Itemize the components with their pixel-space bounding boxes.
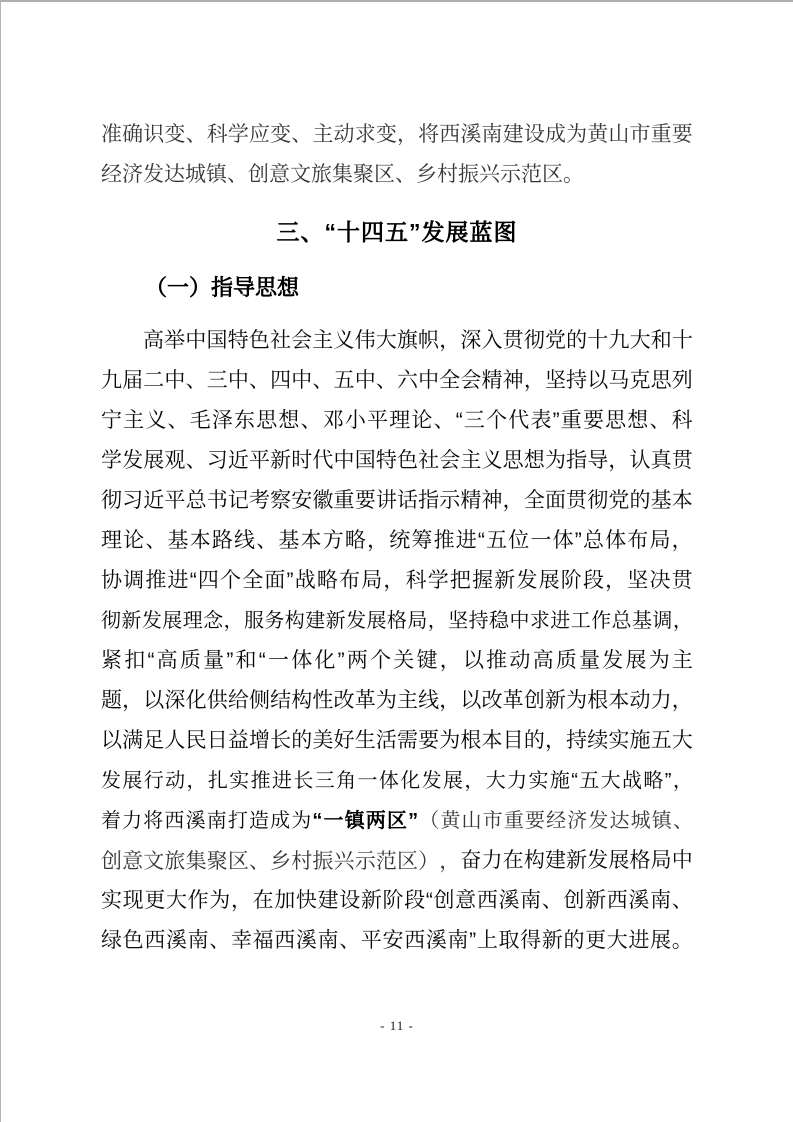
character: 给 — [228, 681, 249, 721]
character: 角 — [336, 761, 356, 801]
character: 高 — [143, 321, 164, 361]
character: 集 — [186, 841, 207, 881]
text-line: 协调推进“四个全面”战略布局，科学把握新发展阶段，坚决贯 — [101, 561, 693, 601]
character: 足 — [143, 721, 164, 761]
character: 认 — [630, 441, 651, 481]
character: ” — [408, 801, 418, 841]
character: 准 — [101, 114, 122, 154]
character: 侧 — [249, 681, 270, 721]
character: 溪 — [628, 881, 649, 921]
character: 将 — [143, 801, 163, 841]
character: 决 — [649, 561, 670, 601]
character: 、 — [542, 881, 563, 921]
character: ， — [673, 601, 693, 641]
character: 推 — [486, 641, 507, 681]
character: 更 — [144, 881, 165, 921]
character: “ — [312, 801, 322, 841]
character: 主 — [460, 441, 481, 481]
character: 格 — [630, 841, 651, 881]
character: ， — [608, 441, 629, 481]
character: 主 — [312, 321, 333, 361]
character: 山 — [608, 114, 629, 154]
character: 六 — [397, 361, 418, 401]
character: 区 — [228, 841, 249, 881]
character: 展 — [366, 601, 386, 641]
character: 质 — [556, 641, 577, 681]
character: 建 — [318, 881, 339, 921]
character: 溪 — [166, 921, 187, 961]
character: 增 — [249, 721, 270, 761]
character: 科 — [672, 401, 693, 441]
character: 稳 — [489, 601, 509, 641]
character: 经 — [546, 801, 566, 841]
character: 、 — [209, 921, 230, 961]
character: 中 — [185, 321, 206, 361]
character: 、 — [434, 401, 455, 441]
character: 念 — [203, 601, 223, 641]
character: 新 — [566, 841, 587, 881]
character: 深 — [460, 321, 481, 361]
character: 求 — [530, 601, 550, 641]
character: 变 — [376, 114, 397, 154]
character: 发 — [101, 761, 121, 801]
character: 一 — [324, 801, 344, 841]
character: 新 — [585, 881, 606, 921]
character: 五 — [579, 761, 599, 801]
character: 展 — [162, 601, 182, 641]
character: 人 — [164, 721, 185, 761]
character: 市 — [483, 801, 503, 841]
character: 根 — [460, 721, 481, 761]
character: 区 — [387, 801, 407, 841]
character: 展 — [625, 641, 646, 681]
character: 马 — [608, 361, 629, 401]
character: 需 — [397, 721, 418, 761]
character: 要 — [583, 401, 604, 441]
character: 握 — [472, 561, 493, 601]
character: 应 — [249, 114, 270, 154]
character: 示 — [355, 841, 376, 881]
character: 届 — [122, 361, 143, 401]
character: 实 — [101, 881, 122, 921]
character: 段 — [583, 561, 604, 601]
character: 习 — [122, 481, 143, 521]
text-line: 彻新发展理念，服务构建新发展格局，坚持稳中求进工作总基调， — [101, 601, 693, 641]
character: 市 — [630, 114, 651, 154]
character: 思 — [605, 401, 626, 441]
character: ， — [383, 561, 404, 601]
character: 民 — [186, 721, 207, 761]
character: 四 — [198, 561, 219, 601]
character: 满 — [122, 721, 143, 761]
character: 造 — [249, 801, 269, 841]
character: 精 — [482, 361, 503, 401]
character: 革 — [503, 681, 524, 721]
character: 长 — [293, 761, 313, 801]
character: ， — [439, 681, 460, 721]
character: 活 — [376, 721, 397, 761]
character: 理 — [389, 401, 410, 441]
character: ） — [418, 841, 439, 881]
character: 取 — [498, 921, 519, 961]
text-line: 着力将西溪南打造成为“一镇两区”（黄山市重要经济发达城镇、 — [101, 801, 693, 841]
character: 益 — [228, 721, 249, 761]
character: 作 — [591, 601, 611, 641]
character: 动 — [334, 114, 355, 154]
character: 面 — [264, 561, 285, 601]
character: 要 — [525, 801, 545, 841]
character: 基 — [632, 601, 652, 641]
text-line: 理论、基本路线、基本方略，统筹推进“五位一体”总体布局， — [101, 521, 693, 561]
character: 总 — [186, 481, 207, 521]
character: 展 — [539, 561, 560, 601]
character: 论 — [123, 521, 144, 561]
character: 局 — [407, 601, 427, 641]
character: 打 — [228, 801, 248, 841]
character: 近 — [143, 481, 164, 521]
character: 发 — [516, 561, 537, 601]
character: 革 — [355, 681, 376, 721]
character: 生 — [355, 721, 376, 761]
character: ， — [672, 681, 693, 721]
character: ， — [673, 761, 693, 801]
character: 大 — [486, 761, 506, 801]
character: 新 — [494, 561, 515, 601]
character: 建 — [545, 841, 566, 881]
character: 本 — [482, 721, 503, 761]
character: 小 — [345, 401, 366, 441]
character: 总 — [612, 601, 632, 641]
character: “ — [478, 521, 485, 561]
character: 新 — [542, 921, 563, 961]
character: 化 — [186, 681, 207, 721]
text-line: 经济发达城镇、创意文旅集聚区、乡村振兴示范区。 — [101, 154, 693, 194]
character: ， — [397, 114, 418, 154]
character: 战 — [295, 561, 316, 601]
character: 构 — [524, 841, 545, 881]
character: 安 — [291, 481, 312, 521]
character: 中 — [509, 601, 529, 641]
character: 力 — [507, 761, 527, 801]
character: 。 — [672, 921, 693, 961]
character: 二 — [143, 361, 164, 401]
character: 平 — [367, 401, 388, 441]
character: 真 — [651, 441, 672, 481]
character: ， — [464, 761, 484, 801]
character: 色 — [249, 321, 270, 361]
character: 五 — [334, 361, 355, 401]
character: 深 — [164, 681, 185, 721]
character: 想 — [627, 401, 648, 441]
character: 幸 — [231, 921, 252, 961]
character: 实 — [529, 761, 549, 801]
character: 示 — [439, 481, 460, 521]
character: 续 — [587, 721, 608, 761]
character: 南 — [188, 921, 209, 961]
character: 色 — [397, 441, 418, 481]
character: 九 — [608, 321, 629, 361]
character: 义 — [145, 401, 166, 441]
character: 中 — [355, 361, 376, 401]
character: 展 — [650, 921, 671, 961]
character: 本 — [301, 521, 322, 561]
character: 五 — [486, 521, 507, 561]
character: ， — [545, 721, 566, 761]
character: 本 — [608, 681, 629, 721]
text-line: 高举中国特色社会主义伟大旗帜，深入贯彻党的十九大和十 — [101, 321, 693, 361]
character: 段 — [404, 881, 425, 921]
character: 的 — [630, 481, 651, 521]
character: 新 — [270, 441, 291, 481]
character: ， — [672, 521, 693, 561]
character: 快 — [296, 881, 317, 921]
subsection-heading: （一）指导思想 — [101, 268, 693, 308]
character: 举 — [164, 321, 185, 361]
character: 宁 — [101, 401, 122, 441]
character: 实 — [229, 761, 249, 801]
character: 行 — [144, 761, 164, 801]
character: 大 — [672, 721, 693, 761]
character: 推 — [434, 521, 455, 561]
character: ， — [187, 761, 207, 801]
character: 动 — [509, 641, 530, 681]
character: 兴 — [334, 841, 355, 881]
character: 布 — [339, 561, 360, 601]
character: 彻 — [101, 601, 121, 641]
character: 进 — [628, 921, 649, 961]
character: 神 — [482, 481, 503, 521]
text-line: 学发展观、习近平新时代中国特色社会主义思想为指导，认真贯 — [101, 441, 693, 481]
character: 量 — [579, 641, 600, 681]
character: 平 — [249, 441, 270, 481]
character: 西 — [404, 921, 425, 961]
character: 总 — [583, 521, 604, 561]
character: 南 — [448, 921, 469, 961]
character: 九 — [101, 361, 122, 401]
character: 溪 — [296, 921, 317, 961]
character: 为 — [566, 681, 587, 721]
character: ， — [122, 681, 143, 721]
character: 展 — [143, 441, 164, 481]
character: 大 — [166, 881, 187, 921]
character: 目 — [503, 721, 524, 761]
character: 会 — [439, 441, 460, 481]
character: 将 — [418, 114, 439, 154]
character: 思 — [256, 401, 277, 441]
character: 建 — [305, 601, 325, 641]
character: 文 — [143, 841, 164, 881]
character: 把 — [450, 561, 471, 601]
character: 设 — [339, 881, 360, 921]
character: 实 — [608, 721, 629, 761]
character: 中 — [672, 841, 693, 881]
character: 特 — [376, 441, 397, 481]
character: 贯 — [566, 481, 587, 521]
character: 化 — [314, 641, 335, 681]
character: 党 — [545, 321, 566, 361]
character: 科 — [207, 114, 228, 154]
character: 基 — [168, 521, 189, 561]
character: 色 — [123, 921, 144, 961]
text-line: 宁主义、毛泽东思想、邓小平理论、“三个代表”重要思想、科 — [101, 401, 693, 441]
character: 高 — [157, 641, 178, 681]
character: 要 — [355, 481, 376, 521]
character: 城 — [631, 801, 651, 841]
character: 南 — [482, 114, 503, 154]
character: 的 — [563, 921, 584, 961]
text-line: 彻习近平总书记考察安徽重要讲话指示精神，全面贯彻党的基本 — [101, 481, 693, 521]
character: 为 — [545, 441, 566, 481]
character: 济 — [567, 801, 587, 841]
character: 协 — [101, 561, 122, 601]
character: 、 — [249, 841, 270, 881]
character: 达 — [610, 801, 630, 841]
character: 体 — [379, 761, 399, 801]
character: 村 — [291, 841, 312, 881]
character: 时 — [291, 441, 312, 481]
character: 构 — [285, 601, 305, 641]
character: 以 — [143, 681, 164, 721]
character: 观 — [164, 441, 185, 481]
character: 大 — [376, 321, 397, 361]
character: 量 — [203, 641, 224, 681]
character: 绿 — [101, 921, 122, 961]
character: 山 — [462, 801, 482, 841]
character: 高 — [533, 641, 554, 681]
character: 全 — [439, 361, 460, 401]
character: 体 — [291, 641, 312, 681]
character: 统 — [389, 521, 410, 561]
character: 镇 — [652, 801, 672, 841]
character: 为 — [649, 641, 670, 681]
character: 黄 — [587, 114, 608, 154]
text-line: 题，以深化供给侧结构性改革为主线，以改革创新为根本动力， — [101, 681, 693, 721]
character: 贯 — [672, 561, 693, 601]
character: 好 — [334, 721, 355, 761]
character: 、 — [339, 921, 360, 961]
character: 的 — [291, 721, 312, 761]
character: 略 — [317, 561, 338, 601]
page-content: 准确识变、科学应变、主动求变，将西溪南建设成为黄山市重要经济发达城镇、创意文旅集… — [1, 2, 793, 1034]
character: 为 — [209, 881, 230, 921]
character: 、 — [186, 441, 207, 481]
character: 局 — [361, 561, 382, 601]
character: 十 — [587, 321, 608, 361]
character: 重 — [504, 801, 524, 841]
character: 推 — [145, 561, 166, 601]
character: ” — [469, 921, 476, 961]
character: 个 — [220, 561, 241, 601]
text-line: 创意文旅集聚区、乡村振兴示范区），奋力在构建新发展格局中 — [101, 841, 693, 881]
character: 新 — [121, 601, 141, 641]
character: 习 — [207, 441, 228, 481]
character: 要 — [418, 721, 439, 761]
character: 进 — [456, 521, 477, 561]
character: 区 — [397, 841, 418, 881]
character: 列 — [672, 361, 693, 401]
character: 关 — [393, 641, 414, 681]
character: 聚 — [207, 841, 228, 881]
character: 力 — [122, 801, 142, 841]
character: 着 — [101, 801, 121, 841]
character: 为 — [291, 801, 311, 841]
character: 展 — [443, 761, 463, 801]
character: 扣 — [124, 641, 145, 681]
character: 展 — [608, 841, 629, 881]
character: 东 — [234, 401, 255, 441]
character: ， — [439, 841, 460, 881]
character: 全 — [524, 481, 545, 521]
character: 改 — [334, 681, 355, 721]
character: 伟 — [355, 321, 376, 361]
character: 作 — [188, 881, 209, 921]
character: 南 — [318, 921, 339, 961]
character: 扎 — [208, 761, 228, 801]
character: 的 — [524, 721, 545, 761]
character: 两 — [366, 801, 386, 841]
character: 工 — [571, 601, 591, 641]
text-line: 实现更大作为，在加快建设新阶段“创意西溪南、创新西溪南、 — [101, 881, 693, 921]
character: 阶 — [561, 561, 582, 601]
character: 变 — [270, 114, 291, 154]
character: 成 — [545, 114, 566, 154]
character: 讲 — [376, 481, 397, 521]
character: 、 — [291, 114, 312, 154]
character: 代 — [312, 441, 333, 481]
character: ， — [440, 641, 461, 681]
character: 西 — [144, 921, 165, 961]
character: 南 — [650, 881, 671, 921]
character: 重 — [334, 481, 355, 521]
text-line: 以满足人民日益增长的美好生活需要为根本目的，持续实施五大 — [101, 721, 693, 761]
character: 新 — [361, 881, 382, 921]
character: 题 — [101, 681, 122, 721]
character: 美 — [312, 721, 333, 761]
character: 溪 — [498, 881, 519, 921]
character: 想 — [278, 401, 299, 441]
character: 线 — [234, 521, 255, 561]
character: ， — [524, 361, 545, 401]
character: 、 — [301, 401, 322, 441]
character: 、 — [312, 361, 333, 401]
character: 论 — [411, 401, 432, 441]
character: 、 — [145, 521, 166, 561]
character: 位 — [508, 521, 529, 561]
character: ” — [287, 561, 294, 601]
character: 福 — [253, 921, 274, 961]
character: 为 — [566, 114, 587, 154]
character: 重 — [651, 114, 672, 154]
text-line: 准确识变、科学应变、主动求变，将西溪南建设成为黄山市重要 — [101, 114, 693, 154]
character: “ — [571, 761, 578, 801]
character: 溪 — [186, 801, 206, 841]
character: 、 — [649, 401, 670, 441]
character: 新 — [545, 681, 566, 721]
character: 十 — [672, 321, 693, 361]
character: ， — [503, 481, 524, 521]
character: 四 — [270, 361, 291, 401]
character: 思 — [503, 441, 524, 481]
character: ” — [338, 641, 345, 681]
character: 供 — [207, 681, 228, 721]
character: 溪 — [426, 921, 447, 961]
character: 布 — [627, 521, 648, 561]
section-heading: 三、“十四五”发展蓝图 — [101, 212, 693, 252]
character: 基 — [651, 481, 672, 521]
character: 质 — [180, 641, 201, 681]
paragraph-guiding-ideology: 高举中国特色社会主义伟大旗帜，深入贯彻党的十九大和十九届二中、三中、四中、五中、… — [101, 321, 693, 961]
character: 发 — [346, 601, 366, 641]
